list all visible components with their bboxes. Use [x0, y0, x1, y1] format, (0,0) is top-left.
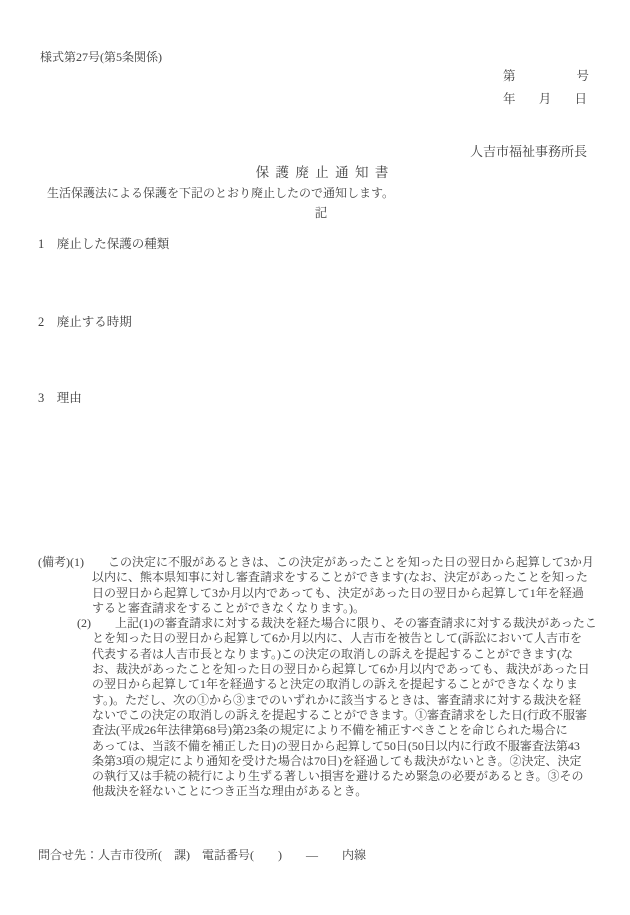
notification-statement: 生活保護法による保護を下記のとおり廃止したので通知します。 [47, 186, 394, 200]
date-year-label: 年 [503, 92, 516, 106]
item-1-abolished-protection-type: 1 廃止した保護の種類 [38, 237, 169, 252]
form-number-label: 様式第27号(第5条関係) [40, 50, 162, 64]
item-3-reason: 3 理由 [38, 391, 82, 406]
document-number-line: 第 号 [503, 69, 589, 83]
inquiry-contact-line: 問合せ先：人吉市役所( 課) 電話番号( ) ― 内線 [38, 848, 366, 862]
date-month-label: 月 [539, 92, 552, 106]
date-day-label: 日 [574, 92, 587, 106]
document-title: 保 護 廃 止 通 知 書 [0, 165, 630, 180]
date-line: 年 月 日 [503, 92, 587, 106]
remarks-appeal-notes: (備考)(1) この決定に不服があるときは、この決定があったことを知った日の翌日… [38, 555, 597, 800]
item-2-abolition-timing: 2 廃止する時期 [38, 315, 132, 330]
sender-office-name: 人吉市福祉事務所長 [470, 144, 587, 159]
record-marker: 記 [0, 206, 630, 220]
document-number-prefix: 第 [503, 69, 516, 83]
document-number-suffix: 号 [576, 69, 589, 83]
document-page: 様式第27号(第5条関係) 第 号 年 月 日 人吉市福祉事務所長 保 護 廃 … [0, 0, 630, 915]
